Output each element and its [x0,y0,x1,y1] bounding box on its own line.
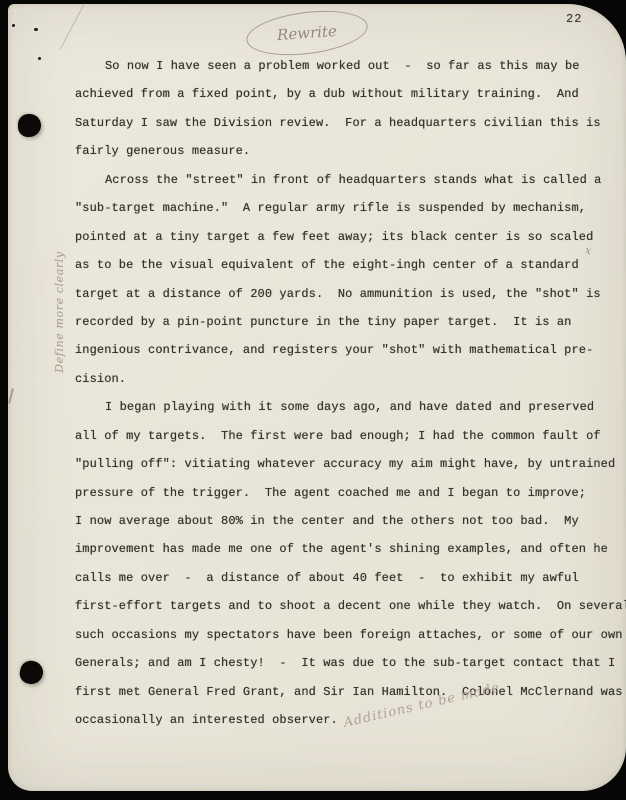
margin-tick-mark [8,388,14,404]
typed-line: such occasions my spectators have been f… [75,621,626,649]
typed-line: ingenious contrivance, and registers you… [75,336,626,364]
typed-line: I began playing with it some days ago, a… [75,393,626,421]
typed-line: first-effort targets and to shoot a dece… [75,592,626,620]
paper-speck [34,28,38,31]
typed-line: fairly generous measure. [75,137,626,165]
document-scan: 22 Rewrite So now I have seen a problem … [0,0,626,800]
typed-line: all of my targets. The first were bad en… [75,422,626,450]
hole-punch-bottom [18,659,45,686]
typed-line: improvement has made me one of the agent… [75,535,626,563]
typed-line: achieved from a fixed point, by a dub wi… [75,80,626,108]
margin-note-define-more-clearly: Define more clearly [53,233,69,391]
typed-line: "pulling off": vitiating whatever accura… [75,450,626,478]
typed-line: target at a distance of 200 yards. No am… [75,280,626,308]
typed-line: "sub-target machine." A regular army rif… [75,194,626,222]
typed-line: as to be the visual equivalent of the ei… [75,251,626,279]
typed-line: Across the "street" in front of headquar… [75,166,626,194]
typed-line: calls me over - a distance of about 40 f… [75,564,626,592]
typed-line: Generals; and am I chesty! - It was due … [75,649,626,677]
typed-line: I now average about 80% in the center an… [75,507,626,535]
typed-line: cision. [75,365,626,393]
typed-text-block: So now I have seen a problem worked out … [75,52,626,735]
typed-line: recorded by a pin-point puncture in the … [75,308,626,336]
typed-line: Saturday I saw the Division review. For … [75,109,626,137]
typed-line: So now I have seen a problem worked out … [75,52,626,80]
page-number: 22 [566,12,582,26]
paper-speck [38,57,41,60]
hole-punch-top [18,114,41,137]
paper-scratch [60,3,85,49]
paper-speck [12,24,15,27]
rewrite-annotation-label: Rewrite [276,22,337,44]
typed-line: pointed at a tiny target a few feet away… [75,223,626,251]
typed-line: first met General Fred Grant, and Sir Ia… [75,678,626,706]
typed-line: pressure of the trigger. The agent coach… [75,479,626,507]
paper-page: 22 Rewrite So now I have seen a problem … [8,4,626,791]
